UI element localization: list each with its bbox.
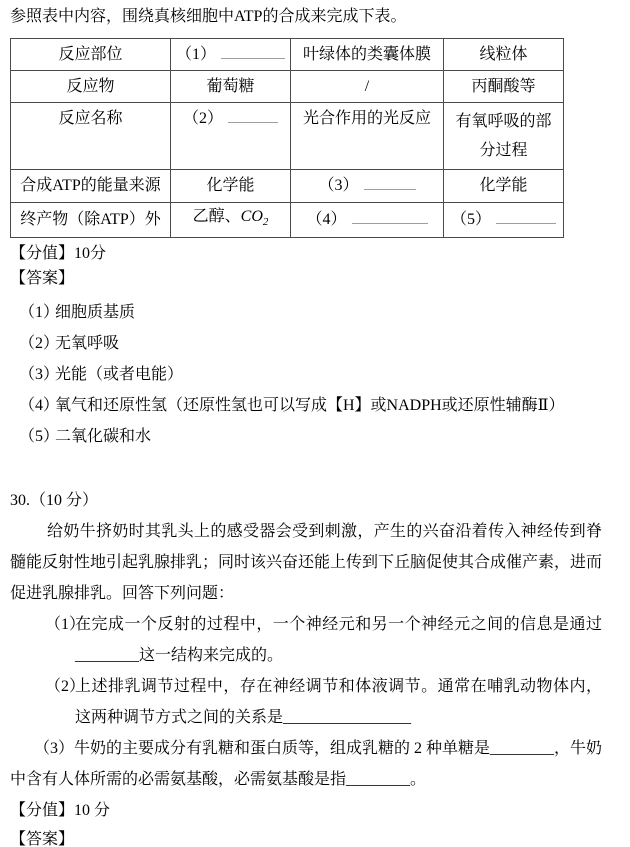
answer-item-number: （2） <box>19 328 59 359</box>
intro-text: 参照表中内容，围绕真核细胞中ATP的合成来完成下表。 <box>10 6 602 28</box>
table-cell: 葡萄糖 <box>171 71 291 103</box>
row-header-cell: 反应物 <box>11 71 171 103</box>
cell-text: （5） <box>451 211 491 228</box>
row-header-cell: 反应部位 <box>11 39 171 71</box>
co2-formula: CO <box>241 208 263 225</box>
co2-subscript: 2 <box>263 217 269 229</box>
score-line: 【分值】10分 <box>10 241 602 266</box>
cell-text: 反应名称 <box>58 110 122 127</box>
row-reactant: 反应物 葡萄糖 / 丙酮酸等 <box>11 71 564 103</box>
answer-blank-3 <box>364 176 416 190</box>
table-cell: （4） <box>291 203 444 238</box>
table-cell: 乙醇、CO2 <box>171 203 291 238</box>
atp-synthesis-table: 反应部位 （1） 叶绿体的类囊体膜 线粒体 反应物 葡萄糖 / 丙酮酸等 反应名… <box>10 38 564 238</box>
answer-blank-1 <box>221 45 285 59</box>
answer-blank-5 <box>496 210 556 224</box>
answer-list: （1）细胞质基质 （2）无氧呼吸 （3）光能（或者电能） （4）氧气和还原性氢（… <box>10 297 602 452</box>
cell-text: / <box>365 78 369 95</box>
answer-item-number: （5） <box>19 421 59 452</box>
subitem-number: （2） <box>45 671 85 702</box>
table-cell: 线粒体 <box>444 39 564 71</box>
question-stem: 给奶牛挤奶时其乳头上的感受器会受到刺激，产生的兴奋沿着传入神经传到脊髓能反射性地… <box>10 516 602 609</box>
answer-item: （5）二氧化碳和水 <box>10 421 602 452</box>
subitem-text: 在完成一个反射的过程中，一个神经元和另一个神经元之间的信息是通过________… <box>75 616 602 664</box>
question-subitem: （1）在完成一个反射的过程中，一个神经元和另一个神经元之间的信息是通过_____… <box>10 609 602 671</box>
row-energy-source: 合成ATP的能量来源 化学能 （3） 化学能 <box>11 170 564 203</box>
question-subitem-3: （3）牛奶的主要成分有乳糖和蛋白质等，组成乳糖的 2 种单糖是________，… <box>10 733 602 795</box>
cell-text: 乙醇、 <box>193 208 241 225</box>
answer-item: （2）无氧呼吸 <box>10 328 602 359</box>
cell-text: 光合作用的光反应 <box>303 110 431 127</box>
row-reaction-site: 反应部位 （1） 叶绿体的类囊体膜 线粒体 <box>11 39 564 71</box>
cell-text: （3） <box>318 177 358 194</box>
subitem-number: （1） <box>45 609 85 640</box>
table-cell: 化学能 <box>444 170 564 203</box>
document-page: 参照表中内容，围绕真核细胞中ATP的合成来完成下表。 反应部位 （1） 叶绿体的… <box>0 0 630 847</box>
table-cell: 叶绿体的类囊体膜 <box>291 39 444 71</box>
cell-text: 化学能 <box>206 177 254 194</box>
answer-item-text: 光能（或者电能） <box>55 366 183 383</box>
cell-text: 分过程 <box>446 136 561 165</box>
answer-item-number: （1） <box>19 297 59 328</box>
answer-item: （3）光能（或者电能） <box>10 359 602 390</box>
cell-text: 反应部位 <box>58 46 122 63</box>
answer-heading: 【答案】 <box>10 266 602 291</box>
cell-text: 合成ATP的能量来源 <box>20 177 160 194</box>
cell-text: 丙酮酸等 <box>471 78 535 95</box>
cell-text: 葡萄糖 <box>206 78 254 95</box>
cell-text: 叶绿体的类囊体膜 <box>303 46 431 63</box>
score-line-2: 【分值】10 分 <box>10 798 602 824</box>
row-header-cell: 终产物（除ATP）外 <box>11 203 171 238</box>
question-number: 30.（10 分） <box>10 485 602 516</box>
table-cell: （5） <box>444 203 564 238</box>
row-end-products: 终产物（除ATP）外 乙醇、CO2 （4） （5） <box>11 203 564 238</box>
answer-item-text: 细胞质基质 <box>55 304 135 321</box>
answer-blank-4 <box>352 210 428 224</box>
table-cell: （2） <box>171 103 291 170</box>
cell-text: 反应物 <box>66 78 114 95</box>
answer-item-number: （4） <box>19 390 59 421</box>
table-cell: 光合作用的光反应 <box>291 103 444 170</box>
table-cell: 化学能 <box>171 170 291 203</box>
cell-text: 有氧呼吸的部 <box>446 107 561 136</box>
table-cell: （3） <box>291 170 444 203</box>
answer-item-text: 无氧呼吸 <box>55 335 119 352</box>
table-cell: 丙酮酸等 <box>444 71 564 103</box>
cell-text: （4） <box>306 211 346 228</box>
answer-item-number: （3） <box>19 359 59 390</box>
table-cell: / <box>291 71 444 103</box>
question-subitem: （2）上述排乳调节过程中，存在神经调节和体液调节。通常在哺乳动物体内，这两种调节… <box>10 671 602 733</box>
table-cell: 有氧呼吸的部分过程 <box>444 103 564 170</box>
answer-item: （1）细胞质基质 <box>10 297 602 328</box>
answer-item: （4）氧气和还原性氢（还原性氢也可以写成【H】或NADPH或还原性辅酶Ⅱ） <box>10 390 602 421</box>
answer-item-text: 氧气和还原性氢（还原性氢也可以写成【H】或NADPH或还原性辅酶Ⅱ） <box>55 397 565 414</box>
row-header-cell: 合成ATP的能量来源 <box>11 170 171 203</box>
table-cell: （1） <box>171 39 291 71</box>
cell-text: （2） <box>183 110 223 127</box>
row-header-cell: 反应名称 <box>11 103 171 170</box>
row-reaction-name: 反应名称 （2） 光合作用的光反应 有氧呼吸的部分过程 <box>11 103 564 170</box>
answer-item-text: 二氧化碳和水 <box>55 428 151 445</box>
cell-text: （1） <box>176 46 216 63</box>
cell-text: 化学能 <box>479 177 527 194</box>
answer-heading-2: 【答案】 <box>10 827 602 847</box>
question-30: 30.（10 分） 给奶牛挤奶时其乳头上的感受器会受到刺激，产生的兴奋沿着传入神… <box>10 485 602 847</box>
cell-text: 线粒体 <box>479 46 527 63</box>
answer-blank-2 <box>228 109 278 123</box>
cell-text: 终产物（除ATP）外 <box>20 211 160 228</box>
subitem-text: 上述排乳调节过程中，存在神经调节和体液调节。通常在哺乳动物体内，这两种调节方式之… <box>75 678 602 726</box>
